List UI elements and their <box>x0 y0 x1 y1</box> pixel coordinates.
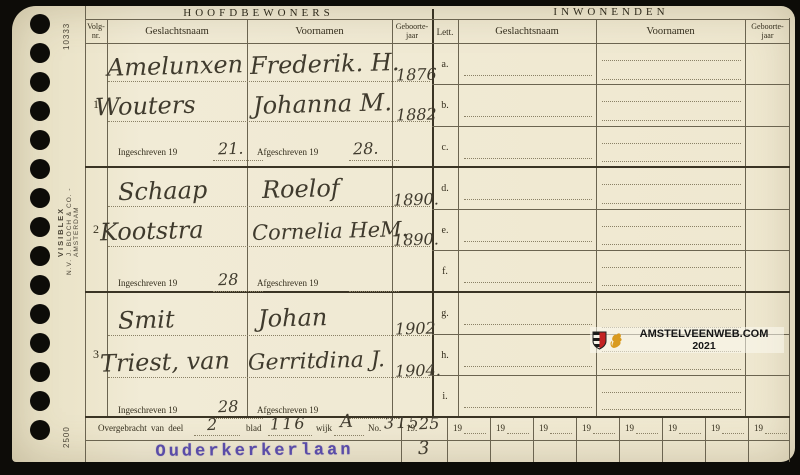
dotted-line <box>602 184 741 185</box>
dotted-line <box>602 60 741 61</box>
dotted-line <box>602 143 741 144</box>
column-header-geboortejaar-right: Geboorte- jaar <box>745 22 790 40</box>
printer-name: VISIBLEX <box>56 164 65 299</box>
section-title-hoofdbewoners: HOOFDBEWONERS <box>85 7 432 19</box>
street-name-stamp: Ouderkerkerlaan <box>137 441 372 462</box>
column-header-voornamen-left: Voornamen <box>247 26 392 37</box>
dotted-line <box>464 158 592 159</box>
dotted-line <box>602 244 741 245</box>
year-prefix: 19 <box>453 423 462 433</box>
dotted-line <box>108 81 430 82</box>
handwritten-year-entry: 25 <box>419 414 440 434</box>
dotted-line <box>108 206 430 207</box>
dotted-line <box>464 199 592 200</box>
column-header-geslachtsnaam-right: Geslachtsnaam <box>458 26 596 37</box>
punch-hole <box>30 14 50 34</box>
handwritten-ingeschreven-year: 28 <box>218 397 239 417</box>
row-letter: f. <box>432 266 458 277</box>
punch-hole <box>30 188 50 208</box>
year-prefix: 19. <box>406 423 417 433</box>
dotted-line <box>602 101 741 102</box>
handwritten-wijk: A <box>340 411 354 432</box>
coat-of-arms-shield-icon <box>592 331 607 350</box>
column-header-voornamen-right: Voornamen <box>596 26 745 37</box>
resident-group-3: 3 Smit Johan 1902 Triest, van Gerritdina… <box>85 293 432 416</box>
rule <box>432 250 790 251</box>
overgebracht-label: Overgebracht van deel <box>98 423 183 433</box>
handwritten-surname: Triest, van <box>100 347 231 376</box>
year-prefix: 19 <box>625 423 634 433</box>
column-header-lett: Lett. <box>432 27 458 37</box>
rule <box>432 209 790 210</box>
handwritten-firstnames: Frederik. H. <box>250 49 400 79</box>
dotted-line <box>108 246 430 247</box>
scanned-card-background: 10333 VISIBLEX N.V. J. BLOCH & CO. - AMS… <box>0 0 800 475</box>
handwritten-entry-below-year: 3 <box>418 438 430 459</box>
dotted-line <box>334 435 364 436</box>
dotted-line <box>602 409 741 410</box>
row-letter: a. <box>432 59 458 70</box>
punch-hole <box>30 246 50 266</box>
handwritten-ingeschreven-year: 28 <box>218 270 239 290</box>
dotted-line <box>602 369 741 370</box>
punch-hole <box>30 72 50 92</box>
rule <box>85 19 790 20</box>
rule <box>745 20 746 417</box>
punch-hole <box>30 217 50 237</box>
rule <box>458 20 459 417</box>
dotted-line <box>108 377 430 378</box>
dotted-line <box>464 241 592 242</box>
punch-hole <box>30 391 50 411</box>
dotted-line <box>507 433 529 434</box>
column-header-geboortejaar-left: Geboorte- jaar <box>392 22 432 40</box>
dotted-line <box>602 285 741 286</box>
handwritten-surname: Amelunxen <box>107 51 244 81</box>
handwritten-birthyear: 1904. <box>395 360 441 380</box>
handwritten-deel: 2 <box>207 415 218 434</box>
dotted-line <box>602 203 741 204</box>
punch-hole <box>30 362 50 382</box>
watermark: AMSTELVEENWEB.COM 2021 <box>590 327 784 353</box>
handwritten-surname: Smit <box>118 306 175 333</box>
handwritten-surname: Schaap <box>118 177 208 205</box>
row-letter: i. <box>432 391 458 402</box>
dotted-line <box>636 433 658 434</box>
row-letter: g. <box>432 308 458 319</box>
row-letter: e. <box>432 225 458 236</box>
dotted-line <box>108 335 430 336</box>
handwritten-firstnames: Johan <box>258 304 328 332</box>
handwritten-surname: Kootstra <box>100 217 204 246</box>
handwritten-firstnames: Johanna M. <box>253 89 393 119</box>
handwritten-firstnames: Gerritdina J. <box>248 347 386 377</box>
row-letter: h. <box>432 350 458 361</box>
watermark-site: AMSTELVEENWEB.COM <box>626 328 782 340</box>
dotted-line <box>593 433 615 434</box>
handwritten-firstnames: Roelof <box>262 175 340 203</box>
punch-hole <box>30 275 50 295</box>
year-prefix: 19 <box>582 423 591 433</box>
dotted-line <box>679 433 701 434</box>
rule <box>85 440 790 441</box>
punch-hole <box>30 130 50 150</box>
dotted-line <box>464 116 592 117</box>
dotted-line <box>464 75 592 76</box>
dotted-line <box>108 121 430 122</box>
dotted-line <box>464 324 592 325</box>
gold-lion-icon <box>610 332 623 349</box>
dotted-line <box>765 433 787 434</box>
punch-hole <box>30 101 50 121</box>
handwritten-birthyear: 1902 <box>395 318 436 338</box>
dotted-line <box>602 120 741 121</box>
dotted-line <box>602 309 741 310</box>
print-run-number: 2500 <box>62 412 71 448</box>
blad-label: blad <box>246 423 262 433</box>
no-label: No. <box>368 423 381 433</box>
wijk-label: wijk <box>316 423 332 433</box>
rule <box>432 126 790 127</box>
year-prefix: 19 <box>754 423 763 433</box>
watermark-text: AMSTELVEENWEB.COM 2021 <box>626 328 782 352</box>
dotted-line <box>213 418 263 419</box>
resident-group-2: 2 Schaap Roelof 1890. Kootstra Cornelia … <box>85 168 432 291</box>
dotted-line <box>550 433 572 434</box>
row-letter: c. <box>432 142 458 153</box>
dotted-line <box>349 291 399 292</box>
punch-hole <box>30 333 50 353</box>
ingeschreven-label: Ingeschreven 19 <box>118 278 177 288</box>
dotted-line <box>464 282 592 283</box>
dotted-line <box>602 79 741 80</box>
card-stock-number: 10333 <box>62 8 71 50</box>
dotted-line <box>268 435 312 436</box>
dotted-line <box>464 366 592 367</box>
rule <box>432 375 790 376</box>
year-prefix: 19 <box>668 423 677 433</box>
handwritten-ingeschreven-year: 21. <box>218 139 244 159</box>
ingeschreven-label: Ingeschreven 19 <box>118 405 177 415</box>
handwritten-surname: Wouters <box>95 92 196 121</box>
year-prefix: 19 <box>496 423 505 433</box>
handwritten-firstnames: Cornelia HeM. <box>252 216 409 246</box>
watermark-year: 2021 <box>626 340 782 352</box>
year-prefix: 19 <box>711 423 720 433</box>
dotted-line <box>349 160 399 161</box>
dotted-line <box>722 433 744 434</box>
dotted-line <box>602 267 741 268</box>
punch-hole <box>30 159 50 179</box>
handwritten-afgeschreven-year: 28. <box>353 139 379 159</box>
dotted-line <box>464 433 486 434</box>
registration-card: 10333 VISIBLEX N.V. J. BLOCH & CO. - AMS… <box>12 6 795 462</box>
rule <box>432 84 790 85</box>
handwritten-blad: 116 <box>270 414 307 434</box>
punch-hole <box>30 43 50 63</box>
printer-imprint: VISIBLEX N.V. J. BLOCH & CO. - AMSTERDAM <box>56 164 80 299</box>
punch-hole <box>30 420 50 440</box>
afgeschreven-label: Afgeschreven 19 <box>257 278 318 288</box>
column-header-volgnr: Volg- nr. <box>85 22 107 40</box>
section-title-inwonenden: INWONENDEN <box>432 6 790 18</box>
ingeschreven-label: Ingeschreven 19 <box>118 147 177 157</box>
printer-address: N.V. J. BLOCH & CO. - AMSTERDAM <box>66 164 80 299</box>
dotted-line <box>602 392 741 393</box>
dotted-line <box>602 226 741 227</box>
row-letter: d. <box>432 183 458 194</box>
dotted-line <box>213 291 263 292</box>
handwritten-birthyear: 1882 <box>396 104 437 124</box>
punch-hole <box>30 304 50 324</box>
row-letter: b. <box>432 100 458 111</box>
resident-group-1: 1 Amelunxen Frederik. H. 1876 Wouters Jo… <box>85 43 432 166</box>
dotted-line <box>602 161 741 162</box>
dotted-line <box>194 435 240 436</box>
handwritten-birthyear: 1876 <box>396 64 437 84</box>
afgeschreven-label: Afgeschreven 19 <box>257 147 318 157</box>
dotted-line <box>464 407 592 408</box>
dotted-line <box>213 160 263 161</box>
column-header-geslachtsnaam-left: Geslachtsnaam <box>107 26 247 37</box>
rule <box>596 20 597 417</box>
year-prefix: 19 <box>539 423 548 433</box>
